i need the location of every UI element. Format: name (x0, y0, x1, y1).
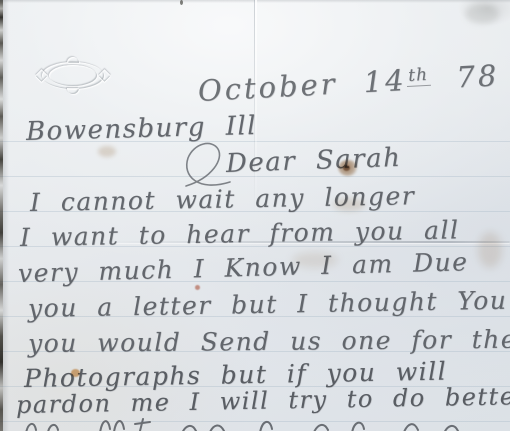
date-line: October 14th 78 (197, 60, 500, 108)
handwriting-line: I want to hear from you all (20, 216, 460, 251)
date-ordinal-suffix: th (406, 65, 431, 87)
handwriting-line: I cannot wait any longer (30, 182, 416, 216)
stamp-inner-oval (49, 65, 97, 86)
stamp-bottom-crest (67, 88, 79, 94)
handwriting-line: you a letter but I thought You (28, 287, 508, 323)
stamp-top-crest (67, 57, 79, 63)
date-month-day: October 14 (197, 63, 407, 108)
letter-photo: October 14th 78 Bowensburg Ill Dear Sara… (0, 0, 510, 431)
ink-speck (195, 285, 200, 290)
handwriting-line: you would Send us one for the (28, 326, 510, 358)
corner-shade (458, 0, 510, 26)
foxing-stain (478, 232, 502, 268)
date-year: 78 (456, 58, 501, 94)
handwriting-line: very much I Know I am Due (18, 248, 469, 287)
embossed-stamp-icon (42, 62, 104, 89)
paper-speck (180, 0, 183, 5)
vertical-fold-highlight (255, 0, 257, 215)
torn-edge-shadow (3, 0, 9, 431)
foxing-stain (98, 146, 116, 157)
salutation: Dear Sarah (226, 144, 402, 179)
cutoff-handwriting-line (14, 417, 484, 431)
